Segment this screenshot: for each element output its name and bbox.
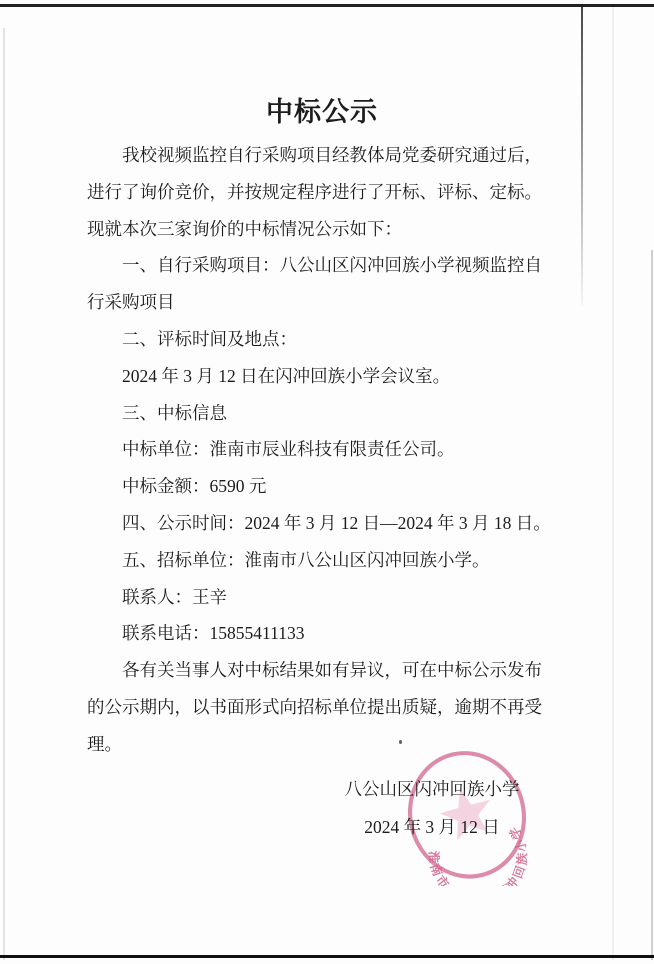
- text-line: 进行了询价竞价，并按规定程序进行了开标、评标、定标。: [87, 174, 549, 211]
- text-line: 联系电话：15855411133: [87, 615, 549, 652]
- signature-org: 八公山区闪冲回族小学: [312, 770, 552, 808]
- text-line: 中标单位：淮南市辰业科技有限责任公司。: [87, 431, 549, 468]
- text-line: 现就本次三家询价的中标情况公示如下：: [87, 211, 549, 248]
- document-page: 中标公示 我校视频监控自行采购项目经教体局党委研究通过后，进行了询价竞价，并按规…: [0, 0, 654, 964]
- document-body: 我校视频监控自行采购项目经教体局党委研究通过后，进行了询价竞价，并按规定程序进行…: [87, 137, 549, 763]
- signature-block: 八公山区闪冲回族小学 2024 年 3 月 12 日: [312, 770, 552, 846]
- text-line: 2024 年 3 月 12 日在闪冲回族小学会议室。: [87, 358, 549, 395]
- scan-border-right: [581, 5, 583, 305]
- text-line: 三、中标信息: [87, 395, 549, 432]
- text-line: 中标金额：6590 元: [87, 468, 549, 505]
- text-line: 五、招标单位：淮南市八公山区闪冲回族小学。: [87, 542, 549, 579]
- scan-border-bottom: [0, 955, 654, 958]
- scan-border-right-edge: [651, 250, 653, 960]
- scan-border-right-faint: [612, 4, 614, 960]
- signature-date: 2024 年 3 月 12 日: [312, 808, 552, 846]
- text-line: 行采购项目: [87, 284, 549, 321]
- scan-border-left: [3, 28, 5, 960]
- text-line: 一、自行采购项目：八公山区闪冲回族小学视频监控自: [87, 247, 549, 284]
- text-line: 联系人：王辛: [87, 579, 549, 616]
- text-line: 各有关当事人对中标结果如有异议，可在中标公示发布: [87, 652, 549, 689]
- text-line: 二、评标时间及地点：: [87, 321, 549, 358]
- scan-border-top: [0, 4, 654, 7]
- text-line: 四、公示时间：2024 年 3 月 12 日—2024 年 3 月 18 日。: [87, 505, 549, 542]
- text-line: 我校视频监控自行采购项目经教体局党委研究通过后，: [87, 137, 549, 174]
- page-title: 中标公示: [0, 90, 644, 129]
- text-line: 的公示期内，以书面形式向招标单位提出质疑，逾期不再受: [87, 689, 549, 726]
